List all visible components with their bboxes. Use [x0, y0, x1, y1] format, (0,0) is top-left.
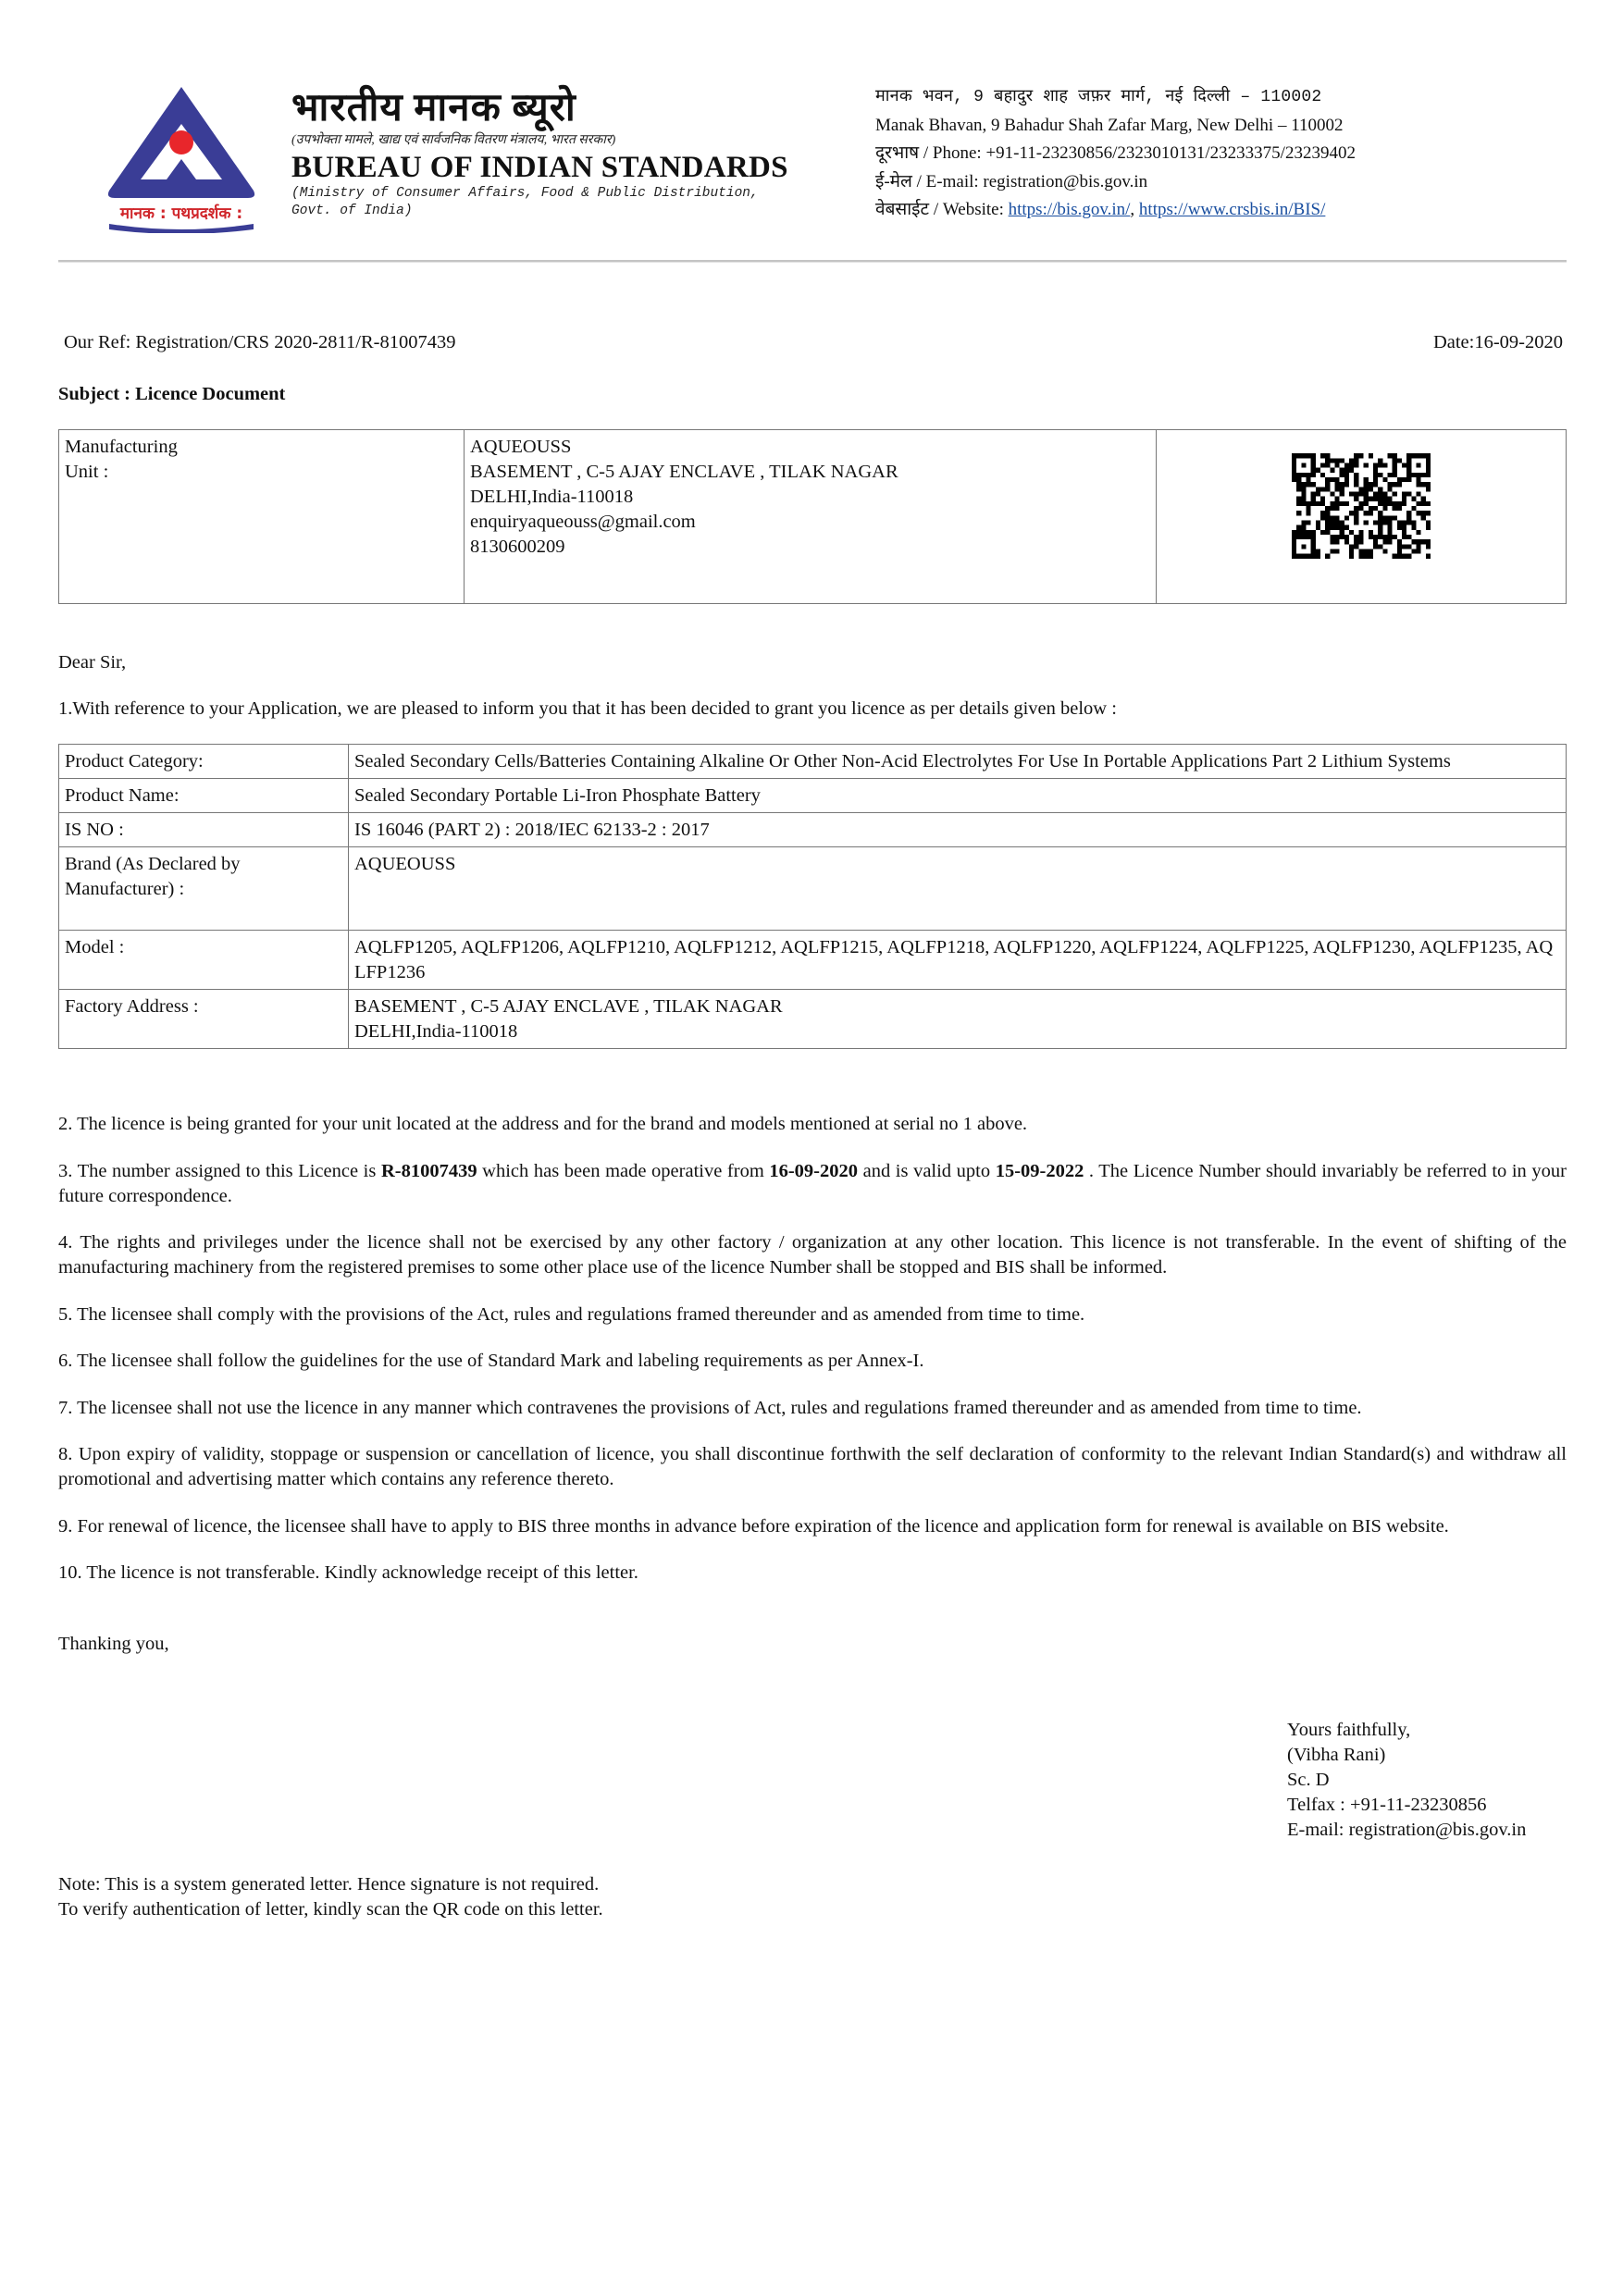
model-label: Model : [59, 931, 349, 990]
note-line1: Note: This is a system generated letter.… [58, 1872, 603, 1897]
ministry-english-line2: Govt. of India) [291, 203, 884, 220]
signatory-designation: Sc. D [1287, 1768, 1526, 1793]
table-row: Factory Address : BASEMENT , C-5 AJAY EN… [59, 990, 1567, 1049]
paragraph-5: 5. The licensee shall comply with the pr… [58, 1302, 1567, 1327]
paragraph-10: 10. The licence is not transferable. Kin… [58, 1561, 1567, 1586]
intro-paragraph: 1.With reference to your Application, we… [58, 697, 1117, 722]
product-name-value: Sealed Secondary Portable Li-Iron Phosph… [349, 779, 1567, 813]
phone-label: दूरभाष / Phone: [875, 143, 982, 163]
ministry-hindi: (उपभोक्ता मामले, खाद्य एवं सार्वजनिक वित… [291, 131, 884, 150]
brand-label: Brand (As Declared by Manufacturer) : [59, 847, 349, 931]
paragraph-2: 2. The licence is being granted for your… [58, 1112, 1567, 1137]
manufacturing-unit-label-cell: Manufacturing Unit : [59, 430, 465, 604]
model-value: AQLFP1205, AQLFP1206, AQLFP1210, AQLFP12… [349, 931, 1567, 990]
product-category-value: Sealed Secondary Cells/Batteries Contain… [349, 745, 1567, 779]
product-category-label: Product Category: [59, 745, 349, 779]
manufacturing-unit-table: Manufacturing Unit : AQUEOUSS BASEMENT ,… [58, 429, 1567, 604]
paragraph-8: 8. Upon expiry of validity, stoppage or … [58, 1442, 1567, 1492]
unit-address-line2: DELHI,India-110018 [470, 485, 1150, 510]
closing-line: Thanking you, [58, 1632, 169, 1657]
website-label: वेबसाईट / Website: [875, 200, 1004, 219]
letterhead: मानक : पथप्रदर्शक : भारतीय मानक ब्यूरो (… [58, 78, 1567, 235]
unit-address-line1: BASEMENT , C-5 AJAY ENCLAVE , TILAK NAGA… [470, 460, 1150, 485]
contact-block: मानक भवन, 9 बहादुर शाह जफ़र मार्ग, नई दि… [875, 83, 1542, 225]
org-name-english: BUREAU OF INDIAN STANDARDS [291, 150, 884, 185]
unit-name: AQUEOUSS [470, 435, 1150, 460]
bis-website-link[interactable]: https://bis.gov.in/ [1009, 200, 1131, 219]
paragraph-4: 4. The rights and privileges under the l… [58, 1230, 1567, 1280]
signatory-name: (Vibha Rani) [1287, 1743, 1526, 1768]
crsbis-website-link[interactable]: https://www.crsbis.in/BIS/ [1139, 200, 1325, 219]
unit-email: enquiryaqueouss@gmail.com [470, 510, 1150, 535]
table-row: Product Name: Sealed Secondary Portable … [59, 779, 1567, 813]
bis-logo-icon: मानक : पथप्रदर्शक : [100, 81, 263, 233]
address-hindi: मानक भवन, 9 बहादुर शाह जफ़र मार्ग, नई दि… [875, 83, 1542, 112]
email-line: ई-मेल / E-mail: registration@bis.gov.in [875, 168, 1542, 197]
product-name-label: Product Name: [59, 779, 349, 813]
qr-code-icon[interactable] [1292, 453, 1431, 559]
paragraph-7: 7. The licensee shall not use the licenc… [58, 1396, 1567, 1421]
valid-from-date: 16-09-2020 [769, 1161, 858, 1181]
email-value: registration@bis.gov.in [983, 172, 1147, 191]
note-line2: To verify authentication of letter, kind… [58, 1897, 603, 1922]
unit-phone: 8130600209 [470, 535, 1150, 560]
is-no-value: IS 16046 (PART 2) : 2018/IEC 62133-2 : 2… [349, 813, 1567, 847]
ministry-english-line1: (Ministry of Consumer Affairs, Food & Pu… [291, 185, 884, 203]
signatory-telfax: Telfax : +91-11-23230856 [1287, 1793, 1526, 1818]
table-row: Brand (As Declared by Manufacturer) : AQ… [59, 847, 1567, 931]
phone-value: +91-11-23230856/2323010131/23233375/2323… [985, 143, 1356, 163]
brand-value: AQUEOUSS [349, 847, 1567, 931]
table-row: Model : AQLFP1205, AQLFP1206, AQLFP1210,… [59, 931, 1567, 990]
org-name-hindi: भारतीय मानक ब्यूरो [291, 87, 884, 130]
paragraph-6: 6. The licensee shall follow the guideli… [58, 1349, 1567, 1374]
subject-line: Subject : Licence Document [58, 382, 285, 407]
letter-date: Date:16-09-2020 [1433, 330, 1563, 355]
website-line: वेबसाईट / Website: https://bis.gov.in/, … [875, 196, 1542, 225]
organization-block: भारतीय मानक ब्यूरो (उपभोक्ता मामले, खाद्… [291, 87, 884, 220]
sign-off: Yours faithfully, [1287, 1718, 1526, 1743]
factory-address-label: Factory Address : [59, 990, 349, 1049]
email-label: ई-मेल / E-mail: [875, 172, 979, 191]
manufacturing-unit-label: Manufacturing Unit : [65, 435, 204, 485]
qr-code-cell [1157, 430, 1567, 604]
paragraph-3: 3. The number assigned to this Licence i… [58, 1159, 1567, 1209]
licence-number: R-81007439 [381, 1161, 477, 1181]
paragraph-9: 9. For renewal of licence, the licensee … [58, 1514, 1567, 1539]
terms-paragraphs: 2. The licence is being granted for your… [58, 1112, 1567, 1608]
factory-address-line2: DELHI,India-110018 [354, 1019, 1560, 1044]
table-row: IS NO : IS 16046 (PART 2) : 2018/IEC 621… [59, 813, 1567, 847]
valid-upto-date: 15-09-2022 [996, 1161, 1084, 1181]
logo-caption: मानक : पथप्रदर्शक : [119, 204, 242, 223]
reference-line: Our Ref: Registration/CRS 2020-2811/R-81… [64, 330, 1563, 355]
greeting: Dear Sir, [58, 650, 126, 675]
factory-address-value: BASEMENT , C-5 AJAY ENCLAVE , TILAK NAGA… [349, 990, 1567, 1049]
table-row: Product Category: Sealed Secondary Cells… [59, 745, 1567, 779]
manufacturing-unit-details-cell: AQUEOUSS BASEMENT , C-5 AJAY ENCLAVE , T… [465, 430, 1157, 604]
header-divider [58, 260, 1567, 263]
address-english: Manak Bhavan, 9 Bahadur Shah Zafar Marg,… [875, 112, 1542, 141]
system-note: Note: This is a system generated letter.… [58, 1872, 603, 1922]
phone-line: दूरभाष / Phone: +91-11-23230856/23230101… [875, 140, 1542, 168]
our-reference: Our Ref: Registration/CRS 2020-2811/R-81… [64, 332, 455, 352]
signature-block: Yours faithfully, (Vibha Rani) Sc. D Tel… [1287, 1718, 1526, 1843]
product-details-table: Product Category: Sealed Secondary Cells… [58, 744, 1567, 1049]
is-no-label: IS NO : [59, 813, 349, 847]
factory-address-line1: BASEMENT , C-5 AJAY ENCLAVE , TILAK NAGA… [354, 994, 1560, 1019]
signatory-email: E-mail: registration@bis.gov.in [1287, 1818, 1526, 1843]
